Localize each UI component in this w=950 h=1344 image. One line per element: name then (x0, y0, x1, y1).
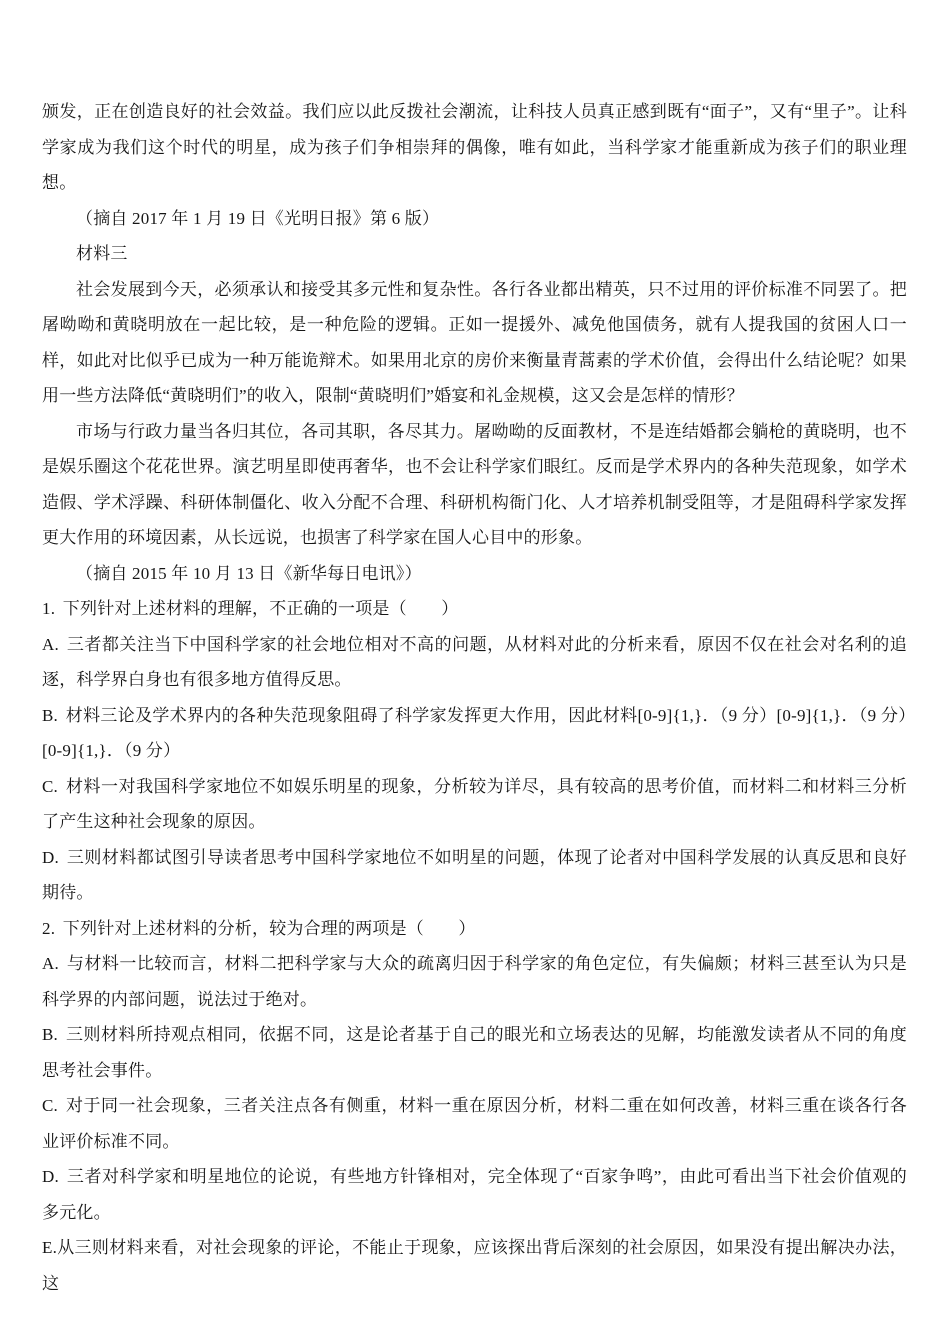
option-b-text: 材料三论及学术界内的各种失范现象阻碍了科学家发挥更大作用，因此材料[0-9]{1… (42, 706, 907, 761)
option-d-label: D. (42, 1167, 59, 1186)
material-three-paragraph-1: 社会发展到今天，必须承认和接受其多元性和复杂性。各行各业都出精英，只不过用的评价… (42, 272, 907, 414)
question-2-number: 2. (42, 919, 55, 938)
question-2-option-c: C.对于同一社会现象，三者关注点各有侧重，材料一重在原因分析，材料二重在如何改善… (42, 1088, 907, 1159)
option-a-label: A. (42, 635, 59, 654)
question-1-option-c: C.材料一对我国科学家地位不如娱乐明星的现象，分析较为详尽，具有较高的思考价值，… (42, 769, 907, 840)
question-1-option-d: D.三则材料都试图引导读者思考中国科学家地位不如明星的问题，体现了论者对中国科学… (42, 840, 907, 911)
option-a-text: 三者都关注当下中国科学家的社会地位相对不高的问题，从材料对此的分析来看，原因不仅… (42, 635, 907, 690)
question-2-text: 下列针对上述材料的分析，较为合理的两项是（ ） (63, 919, 476, 938)
option-c-text: 材料一对我国科学家地位不如娱乐明星的现象，分析较为详尽，具有较高的思考价值，而材… (42, 777, 907, 832)
option-d-text: 三者对科学家和明星地位的论说，有些地方针锋相对，完全体现了“百家争鸣”，由此可看… (42, 1167, 907, 1222)
material-three-paragraph-2: 市场与行政力量当各归其位，各司其职，各尽其力。屠呦呦的反面教材，不是连结婚都会躺… (42, 414, 907, 556)
question-1-number: 1. (42, 599, 55, 618)
question-2-stem: 2.下列针对上述材料的分析，较为合理的两项是（ ） (42, 911, 907, 947)
question-1-stem: 1.下列针对上述材料的理解，不正确的一项是（ ） (42, 591, 907, 627)
option-b-label: B. (42, 1025, 58, 1044)
option-c-text: 对于同一社会现象，三者关注点各有侧重，材料一重在原因分析，材料二重在如何改善，材… (42, 1096, 907, 1151)
exam-document-page: 颁发，正在创造良好的社会效益。我们应以此反拨社会潮流，让科技人员真正感到既有“面… (0, 0, 950, 1344)
option-d-text: 三则材料都试图引导读者思考中国科学家地位不如明星的问题，体现了论者对中国科学发展… (42, 848, 907, 903)
question-2-option-a: A.与材料一比较而言，材料二把科学家与大众的疏离归因于科学家的角色定位，有失偏颇… (42, 946, 907, 1017)
question-2-option-b: B.三则材料所持观点相同，依据不同，这是论者基于自己的眼光和立场表达的见解，均能… (42, 1017, 907, 1088)
option-d-label: D. (42, 848, 59, 867)
option-a-text: 与材料一比较而言，材料二把科学家与大众的疏离归因于科学家的角色定位，有失偏颇；材… (42, 954, 907, 1009)
option-a-label: A. (42, 954, 59, 973)
option-b-text: 三则材料所持观点相同，依据不同，这是论者基于自己的眼光和立场表达的见解，均能激发… (42, 1025, 907, 1080)
question-1-option-a: A.三者都关注当下中国科学家的社会地位相对不高的问题，从材料对此的分析来看，原因… (42, 627, 907, 698)
option-b-label: B. (42, 706, 58, 725)
option-c-label: C. (42, 777, 58, 796)
option-e-label: E. (42, 1238, 57, 1257)
question-1-option-b: B.材料三论及学术界内的各种失范现象阻碍了科学家发挥更大作用，因此材料[0-9]… (42, 698, 907, 769)
question-1-text: 下列针对上述材料的理解，不正确的一项是（ ） (63, 599, 459, 618)
question-2-option-d: D.三者对科学家和明星地位的论说，有些地方针锋相对，完全体现了“百家争鸣”，由此… (42, 1159, 907, 1230)
material-two-paragraph-end: 颁发，正在创造良好的社会效益。我们应以此反拨社会潮流，让科技人员真正感到既有“面… (42, 94, 907, 201)
material-three-source-citation: （摘自 2015 年 10 月 13 日《新华每日电讯》） (42, 556, 907, 592)
material-three-heading: 材料三 (42, 236, 907, 272)
option-e-text: 从三则材料来看，对社会现象的评论，不能止于现象，应该探出背后深刻的社会原因，如果… (42, 1238, 907, 1293)
option-c-label: C. (42, 1096, 58, 1115)
question-2-option-e: E.从三则材料来看，对社会现象的评论，不能止于现象，应该探出背后深刻的社会原因，… (42, 1230, 907, 1301)
material-two-source-citation: （摘自 2017 年 1 月 19 日《光明日报》第 6 版） (42, 201, 907, 237)
